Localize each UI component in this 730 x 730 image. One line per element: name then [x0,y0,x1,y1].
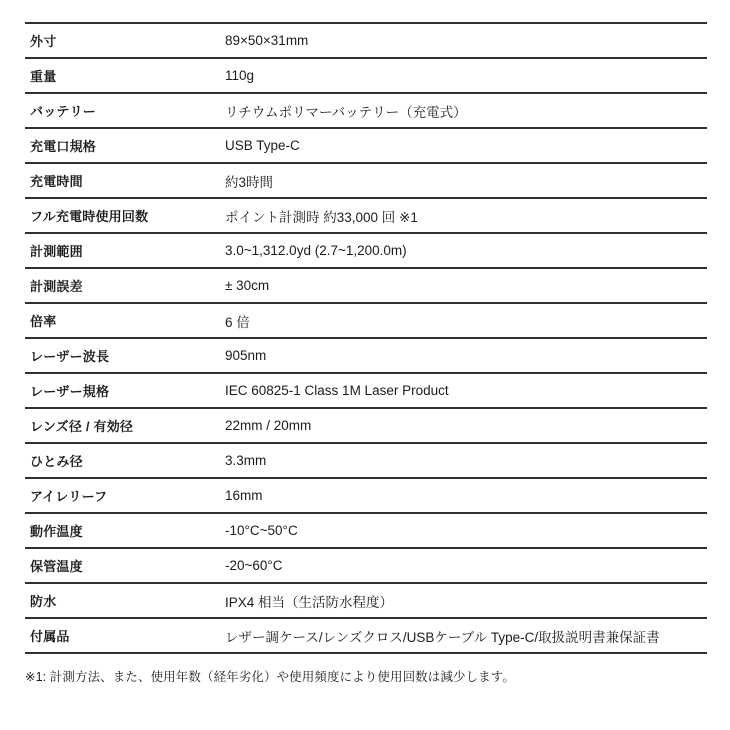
spec-table-row: レーザー波長 905nm [25,338,707,373]
spec-row-label: 防水 [25,583,225,618]
spec-row-label: レーザー波長 [25,338,225,373]
spec-row-label: ひとみ径 [25,443,225,478]
spec-row-label: 動作温度 [25,513,225,548]
spec-row-value: IPX4 相当（生活防水程度） [225,583,707,618]
spec-table-row: 倍率 6 倍 [25,303,707,338]
spec-row-value: 6 倍 [225,303,707,338]
spec-row-value: USB Type-C [225,128,707,163]
spec-table-row: 外寸 89×50×31mm [25,23,707,58]
spec-table-row: 計測誤差 ± 30cm [25,268,707,303]
spec-row-label: レンズ径 / 有効径 [25,408,225,443]
spec-row-value: 905nm [225,338,707,373]
footnote-text: ※1: 計測方法、また、使用年数（経年劣化）や使用頻度により使用回数は減少します… [25,667,707,685]
spec-row-value: IEC 60825-1 Class 1M Laser Product [225,373,707,408]
spec-table-body: 外寸 89×50×31mm 重量 110g バッテリー リチウムポリマーバッテリ… [25,23,707,653]
spec-row-value: 3.3mm [225,443,707,478]
spec-row-value: 110g [225,58,707,93]
spec-row-label: 計測範囲 [25,233,225,268]
spec-table-row: レーザー規格 IEC 60825-1 Class 1M Laser Produc… [25,373,707,408]
spec-row-value: ± 30cm [225,268,707,303]
spec-table-row: 重量 110g [25,58,707,93]
spec-row-value: リチウムポリマーバッテリー（充電式） [225,93,707,128]
spec-row-value: 3.0~1,312.0yd (2.7~1,200.0m) [225,233,707,268]
spec-row-label: 充電時間 [25,163,225,198]
spec-row-label: 保管温度 [25,548,225,583]
spec-row-label: レーザー規格 [25,373,225,408]
spec-table-row: 充電時間 約3時間 [25,163,707,198]
spec-table: 外寸 89×50×31mm 重量 110g バッテリー リチウムポリマーバッテリ… [25,22,707,654]
spec-table-row: 保管温度 -20~60°C [25,548,707,583]
spec-row-value: -10°C~50°C [225,513,707,548]
spec-row-label: 付属品 [25,618,225,653]
spec-row-value: -20~60°C [225,548,707,583]
spec-table-row: 充電口規格 USB Type-C [25,128,707,163]
spec-table-row: 計測範囲 3.0~1,312.0yd (2.7~1,200.0m) [25,233,707,268]
spec-row-value: 約3時間 [225,163,707,198]
spec-row-label: フル充電時使用回数 [25,198,225,233]
spec-table-row: アイレリーフ 16mm [25,478,707,513]
spec-row-label: 倍率 [25,303,225,338]
spec-row-value: 89×50×31mm [225,23,707,58]
spec-row-value: 16mm [225,478,707,513]
spec-table-row: ひとみ径 3.3mm [25,443,707,478]
spec-table-row: レンズ径 / 有効径 22mm / 20mm [25,408,707,443]
spec-table-row: 防水 IPX4 相当（生活防水程度） [25,583,707,618]
spec-row-label: 重量 [25,58,225,93]
spec-table-row: 付属品 レザー調ケース/レンズクロス/USBケーブル Type-C/取扱説明書兼… [25,618,707,653]
spec-row-label: 充電口規格 [25,128,225,163]
spec-row-label: アイレリーフ [25,478,225,513]
spec-row-value: 22mm / 20mm [225,408,707,443]
spec-row-label: 計測誤差 [25,268,225,303]
spec-page: 外寸 89×50×31mm 重量 110g バッテリー リチウムポリマーバッテリ… [0,0,730,730]
spec-table-row: フル充電時使用回数 ポイント計測時 約33,000 回 ※1 [25,198,707,233]
spec-row-label: バッテリー [25,93,225,128]
spec-row-label: 外寸 [25,23,225,58]
spec-table-row: バッテリー リチウムポリマーバッテリー（充電式） [25,93,707,128]
spec-table-row: 動作温度 -10°C~50°C [25,513,707,548]
spec-row-value: レザー調ケース/レンズクロス/USBケーブル Type-C/取扱説明書兼保証書 [225,618,707,653]
spec-row-value: ポイント計測時 約33,000 回 ※1 [225,198,707,233]
